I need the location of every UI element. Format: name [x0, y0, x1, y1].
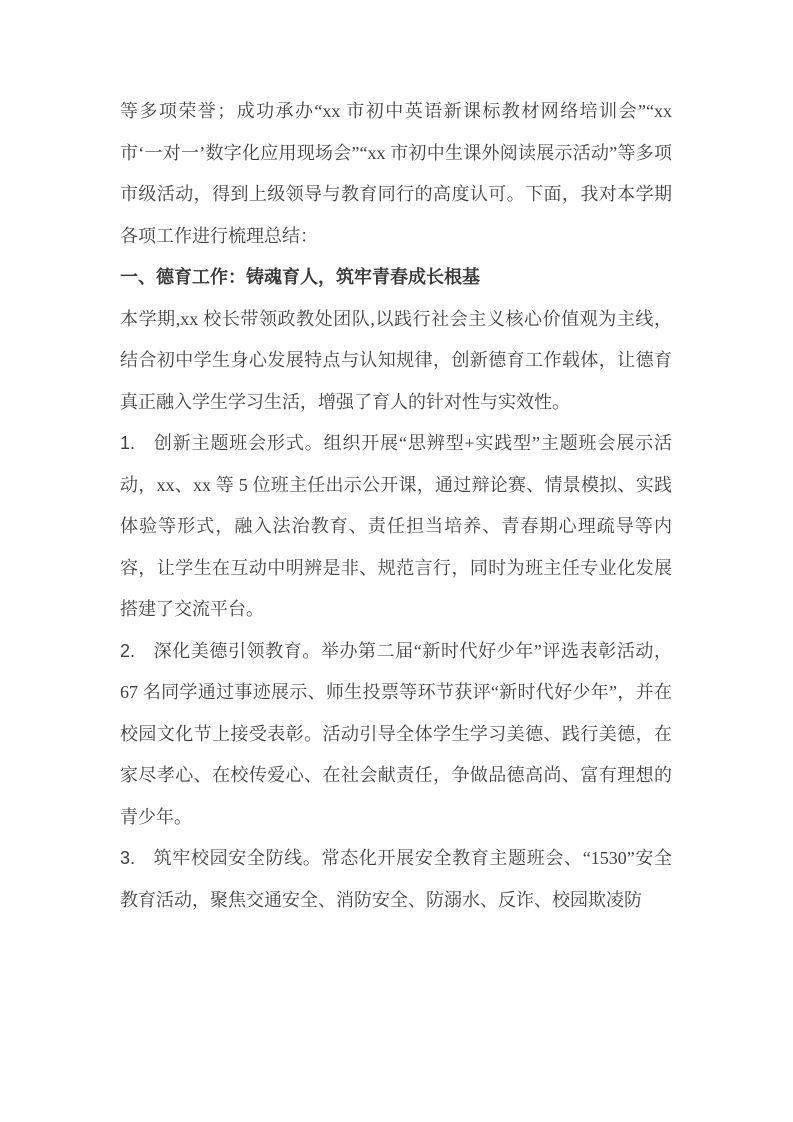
list-item-1: 1.创新主题班会形式。组织开展“思辨型+实践型”主题班会展示活动，xx、xx 等…: [120, 423, 672, 631]
section-intro-paragraph: 本学期,xx 校长带领政教处团队,以践行社会主义核心价值观为主线，结合初中学生身…: [120, 299, 672, 424]
section-heading: 一、德育工作：铸魂育人，筑牢青春成长根基: [120, 257, 672, 299]
list-item-3: 3.筑牢校园安全防线。常态化开展安全教育主题班会、“1530”安全教育活动，聚焦…: [120, 838, 672, 921]
list-item-2-number: 2.: [120, 641, 135, 661]
intro-paragraph: 等多项荣誉；成功承办“xx 市初中英语新课标教材网络培训会”“xx 市‘一对一’…: [120, 91, 672, 257]
list-item-1-number: 1.: [120, 433, 135, 453]
document-page: 等多项荣誉；成功承办“xx 市初中英语新课标教材网络培训会”“xx 市‘一对一’…: [0, 0, 793, 1122]
list-item-3-number: 3.: [120, 848, 135, 868]
list-item-2-text: 深化美德引领教育。举办第二届“新时代好少年”评选表彰活动，67 名同学通过事迹展…: [120, 641, 672, 827]
list-item-2: 2.深化美德引领教育。举办第二届“新时代好少年”评选表彰活动，67 名同学通过事…: [120, 631, 672, 839]
list-item-3-text: 筑牢校园安全防线。常态化开展安全教育主题班会、“1530”安全教育活动，聚焦交通…: [120, 848, 672, 910]
list-item-1-text: 创新主题班会形式。组织开展“思辨型+实践型”主题班会展示活动，xx、xx 等 5…: [120, 433, 672, 619]
